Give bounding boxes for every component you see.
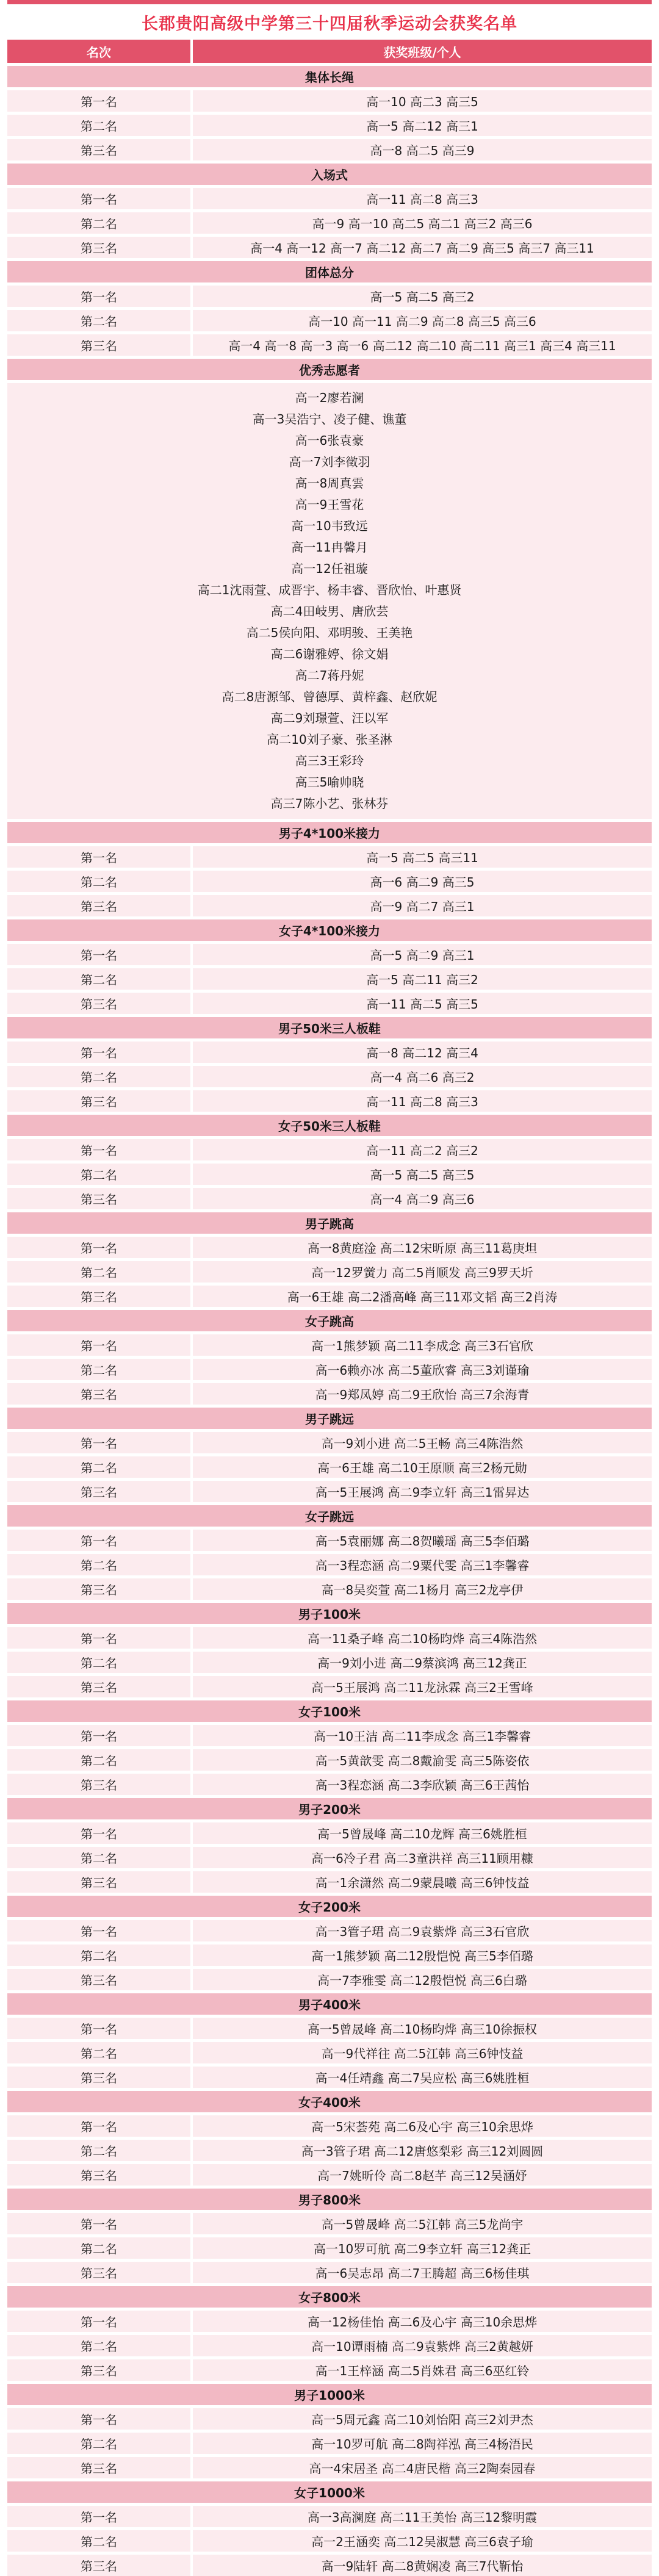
table-row: 第一名高一5曾晟峰 高二10杨昀烨 高三10徐振权 [7, 2018, 652, 2039]
rank-cell: 第一名 [7, 188, 190, 209]
rank-cell: 第三名 [7, 1676, 190, 1697]
value-cell: 高一10谭雨楠 高二9袁紫烨 高三2黄越妍 [193, 2335, 652, 2356]
value-cell: 高一4 高二6 高三2 [193, 1066, 652, 1087]
table-row: 第三名高一7姚昕伶 高二8赵芊 高三12吴涵妤 [7, 2164, 652, 2186]
table-row: 第二名高一10罗可航 高二8陶祥泓 高三4杨浯民 [7, 2433, 652, 2454]
table-row: 第一名高一9刘小进 高二5王畅 高三4陈浩然 [7, 1432, 652, 1453]
value-cell: 高一10 高一11 高二9 高二8 高三5 高三6 [193, 310, 652, 331]
volunteer-line: 高二7蒋丹妮 [7, 665, 652, 686]
table-row: 第二名高一10谭雨楠 高二9袁紫烨 高三2黄越妍 [7, 2335, 652, 2356]
rank-cell: 第一名 [7, 2506, 190, 2527]
table-row: 第二名高一9刘小进 高二9蔡滨鸿 高三12龚正 [7, 1652, 652, 1673]
value-cell: 高一12罗黉力 高二5肖顺发 高三9罗天圻 [193, 1261, 652, 1283]
volunteer-line: 高二4田岐男、唐欣芸 [7, 601, 652, 622]
table-row: 第一名高一5 高二9 高三1 [7, 944, 652, 965]
rank-cell: 第三名 [7, 2457, 190, 2478]
rank-cell: 第三名 [7, 993, 190, 1014]
value-cell: 高一5 高二5 高三2 [193, 286, 652, 307]
value-cell: 高一5 高二9 高三1 [193, 944, 652, 965]
value-cell: 高一9代祥往 高二5江韩 高三6钟忮益 [193, 2042, 652, 2063]
table-row: 第二名高一5黄歆雯 高二8戴渝雯 高三5陈姿依 [7, 1749, 652, 1771]
rank-cell: 第三名 [7, 1774, 190, 1795]
value-cell: 高一5曾晟峰 高二10杨昀烨 高三10徐振权 [193, 2018, 652, 2039]
table-row: 第一名高一5周元鑫 高二10刘怡阳 高三2刘尹杰 [7, 2408, 652, 2430]
section-header: 优秀志愿者 [7, 359, 652, 380]
value-cell: 高一10 高二3 高三5 [193, 90, 652, 112]
table-row: 第三名高一6王雄 高二2潘高峰 高三11邓文韬 高三2肖涛 [7, 1286, 652, 1307]
value-cell: 高一4 高二9 高三6 [193, 1188, 652, 1209]
table-row: 第三名高一11 高二5 高三5 [7, 993, 652, 1014]
value-cell: 高一10罗可航 高二9李立轩 高三12龚正 [193, 2237, 652, 2259]
table-row: 第一名高一12杨佳怡 高二6及心宇 高三10余思烨 [7, 2311, 652, 2332]
value-cell: 高一5王展鸿 高二9李立轩 高三1雷昇达 [193, 1481, 652, 1502]
volunteer-line: 高三3王彩玲 [7, 750, 652, 772]
table-row: 第二名高一1熊梦颖 高二12殷恺悦 高三5李佰璐 [7, 1945, 652, 1966]
table-row: 第二名高一9 高一10 高二5 高二1 高三2 高三6 [7, 212, 652, 234]
table-row: 第二名高一5 高二11 高三2 [7, 968, 652, 990]
value-cell: 高一6 高二9 高三5 [193, 871, 652, 892]
rank-cell: 第三名 [7, 2067, 190, 2088]
section-header: 男子4*100米接力 [7, 822, 652, 843]
section-header: 女子200米 [7, 1896, 652, 1917]
section-header: 男子400米 [7, 1993, 652, 2015]
value-cell: 高一1王梓涵 高二5肖姝君 高三6巫红铃 [193, 2359, 652, 2381]
table-header-row: 名次 获奖班级/个人 [7, 40, 652, 63]
rank-cell: 第二名 [7, 2140, 190, 2161]
rank-cell: 第二名 [7, 1456, 190, 1478]
rank-cell: 第三名 [7, 2164, 190, 2186]
value-cell: 高一11 高二8 高三3 [193, 1090, 652, 1112]
table-row: 第一名高一11桑子峰 高二10杨昀烨 高三4陈浩然 [7, 1627, 652, 1649]
rank-cell: 第一名 [7, 2213, 190, 2234]
header-winners-label: 获奖班级/个人 [193, 40, 652, 63]
volunteer-line: 高二10刘子豪、张圣淋 [7, 729, 652, 750]
rank-cell: 第三名 [7, 139, 190, 160]
value-cell: 高一11 高二8 高三3 [193, 188, 652, 209]
rank-cell: 第一名 [7, 1139, 190, 1160]
section-header: 女子100米 [7, 1700, 652, 1722]
table-row: 第一名高一3管子珺 高二9袁紫烨 高三3石官欣 [7, 1920, 652, 1941]
volunteer-line: 高一6张袁豪 [7, 430, 652, 452]
rank-cell: 第一名 [7, 90, 190, 112]
table-row: 第三名高一9 高二7 高三1 [7, 895, 652, 916]
table-row: 第一名高一5曾晟峰 高二5江韩 高三5龙尚宇 [7, 2213, 652, 2234]
value-cell: 高一5 高二5 高三11 [193, 846, 652, 868]
section-header: 女子跳高 [7, 1310, 652, 1331]
value-cell: 高一11 高二2 高三2 [193, 1139, 652, 1160]
table-row: 第一名高一8 高二12 高三4 [7, 1042, 652, 1063]
rank-cell: 第三名 [7, 1969, 190, 1990]
rank-cell: 第二名 [7, 1261, 190, 1283]
rank-cell: 第一名 [7, 1920, 190, 1941]
table-row: 第一名高一8黄庭淦 高二12宋昕原 高三11葛庚坦 [7, 1237, 652, 1258]
rank-cell: 第一名 [7, 1725, 190, 1746]
volunteer-line: 高三5喻帅晓 [7, 772, 652, 793]
table-row: 第三名高一4 高一12 高一7 高二12 高二7 高二9 高三5 高三7 高三1… [7, 237, 652, 258]
table-row: 第三名高一9郑凤婷 高二9王欣怡 高三7余海青 [7, 1383, 652, 1405]
value-cell: 高一5周元鑫 高二10刘怡阳 高三2刘尹杰 [193, 2408, 652, 2430]
value-cell: 高一4宋居圣 高二4唐民楷 高三2陶秦园春 [193, 2457, 652, 2478]
rank-cell: 第二名 [7, 1554, 190, 1575]
table-row: 第三名高一9陆轩 高二8黄娴凌 高三7代靳怡 [7, 2555, 652, 2576]
rank-cell: 第二名 [7, 115, 190, 136]
rank-cell: 第二名 [7, 871, 190, 892]
rank-cell: 第三名 [7, 1578, 190, 1600]
value-cell: 高一6吴志昂 高二7王腾超 高三6杨佳琪 [193, 2262, 652, 2283]
table-row: 第二名高一5 高二12 高三1 [7, 115, 652, 136]
value-cell: 高一9 高一10 高二5 高二1 高三2 高三6 [193, 212, 652, 234]
table-row: 第一名高一5 高二5 高三11 [7, 846, 652, 868]
table-row: 第二名高一5 高二5 高三5 [7, 1164, 652, 1185]
table-row: 第二名高一6 高二9 高三5 [7, 871, 652, 892]
rank-cell: 第一名 [7, 1237, 190, 1258]
value-cell: 高一5 高二5 高三5 [193, 1164, 652, 1185]
value-cell: 高一9陆轩 高二8黄娴凌 高三7代靳怡 [193, 2555, 652, 2576]
value-cell: 高一3管子珺 高二12唐悠梨彩 高三12刘圆圆 [193, 2140, 652, 2161]
table-row: 第二名高一6王雄 高二10王原顺 高三2杨元勋 [7, 1456, 652, 1478]
award-list-page: 长郡贵阳高级中学第三十四届秋季运动会获奖名单 名次 获奖班级/个人 集体长绳第一… [7, 0, 652, 2576]
rank-cell: 第一名 [7, 1627, 190, 1649]
rank-cell: 第三名 [7, 2262, 190, 2283]
value-cell: 高一11 高二5 高三5 [193, 993, 652, 1014]
rank-cell: 第一名 [7, 944, 190, 965]
volunteer-line: 高一3吴浩宁、凌子健、谯董 [7, 409, 652, 430]
volunteer-line: 高一9王雪花 [7, 494, 652, 516]
table-row: 第三名高一8 高二5 高三9 [7, 139, 652, 160]
volunteer-line: 高一12任祖璇 [7, 558, 652, 580]
value-cell: 高一4任靖鑫 高二7吴应松 高三6姚胜桓 [193, 2067, 652, 2088]
rank-cell: 第二名 [7, 212, 190, 234]
table-row: 第三名高一3程恋涵 高二3李欣颖 高三6王茜怡 [7, 1774, 652, 1795]
section-header: 入场式 [7, 164, 652, 185]
table-row: 第二名高一6赖亦冰 高二5董欣睿 高三3刘谨瑜 [7, 1359, 652, 1380]
rank-cell: 第三名 [7, 1383, 190, 1405]
table-row: 第二名高一9代祥往 高二5江韩 高三6钟忮益 [7, 2042, 652, 2063]
rank-cell: 第一名 [7, 2408, 190, 2430]
section-header: 女子50米三人板鞋 [7, 1115, 652, 1136]
value-cell: 高一10罗可航 高二8陶祥泓 高三4杨浯民 [193, 2433, 652, 2454]
rank-cell: 第一名 [7, 2311, 190, 2332]
value-cell: 高一11桑子峰 高二10杨昀烨 高三4陈浩然 [193, 1627, 652, 1649]
page-title: 长郡贵阳高级中学第三十四届秋季运动会获奖名单 [142, 10, 517, 34]
table-row: 第一名高一10王洁 高二11李成念 高三1李馨睿 [7, 1725, 652, 1746]
value-cell: 高一6王雄 高二2潘高峰 高三11邓文韬 高三2肖涛 [193, 1286, 652, 1307]
value-cell: 高一2王涵奕 高二12吴淑慧 高三6袁子瑜 [193, 2530, 652, 2552]
section-header: 女子400米 [7, 2091, 652, 2112]
volunteer-line: 高一11冉馨月 [7, 537, 652, 558]
rank-cell: 第二名 [7, 1164, 190, 1185]
table-row: 第一名高一1熊梦颖 高二11李成念 高三3石官欣 [7, 1334, 652, 1356]
table-row: 第二名高一12罗黉力 高二5肖顺发 高三9罗天圻 [7, 1261, 652, 1283]
table-row: 第三名高一4宋居圣 高二4唐民楷 高三2陶秦园春 [7, 2457, 652, 2478]
rank-cell: 第二名 [7, 2237, 190, 2259]
table-row: 第二名高一3程恋涵 高二9粟代雯 高三1李馨睿 [7, 1554, 652, 1575]
value-cell: 高一3程恋涵 高二9粟代雯 高三1李馨睿 [193, 1554, 652, 1575]
value-cell: 高一7李雅雯 高二12殷恺悦 高三6白璐 [193, 1969, 652, 1990]
rank-cell: 第二名 [7, 1847, 190, 1868]
rank-cell: 第一名 [7, 1822, 190, 1844]
table-row: 第三名高一5王展鸿 高二9李立轩 高三1雷昇达 [7, 1481, 652, 1502]
rank-cell: 第三名 [7, 1871, 190, 1893]
table-row: 第三名高一5王展鸿 高二11龙泳霖 高三2王雪峰 [7, 1676, 652, 1697]
rank-cell: 第二名 [7, 1652, 190, 1673]
section-header: 女子800米 [7, 2286, 652, 2308]
value-cell: 高一9 高二7 高三1 [193, 895, 652, 916]
rank-cell: 第三名 [7, 237, 190, 258]
value-cell: 高一12杨佳怡 高二6及心宇 高三10余思烨 [193, 2311, 652, 2332]
section-header: 团体总分 [7, 261, 652, 282]
rank-cell: 第二名 [7, 1945, 190, 1966]
table-row: 第二名高一4 高二6 高三2 [7, 1066, 652, 1087]
rank-cell: 第二名 [7, 2433, 190, 2454]
section-header: 女子1000米 [7, 2481, 652, 2503]
table-row: 第三名高一1余潇然 高二9蒙晨曦 高三6钟忮益 [7, 1871, 652, 1893]
rank-cell: 第一名 [7, 2115, 190, 2137]
value-cell: 高一8吴奕萱 高二1杨月 高三2龙亭伊 [193, 1578, 652, 1600]
value-cell: 高一1余潇然 高二9蒙晨曦 高三6钟忮益 [193, 1871, 652, 1893]
rank-cell: 第二名 [7, 2530, 190, 2552]
value-cell: 高一5袁丽娜 高二8贺曦瑶 高三5李佰璐 [193, 1530, 652, 1551]
table-row: 第三名高一4 高二9 高三6 [7, 1188, 652, 1209]
volunteer-line: 高二9刘璟萱、汪以军 [7, 708, 652, 729]
section-header: 男子100米 [7, 1603, 652, 1624]
table-row: 第三名高一4任靖鑫 高二7吴应松 高三6姚胜桓 [7, 2067, 652, 2088]
rank-cell: 第二名 [7, 1749, 190, 1771]
value-cell: 高一1熊梦颖 高二12殷恺悦 高三5李佰璐 [193, 1945, 652, 1966]
table-row: 第二名高一10罗可航 高二9李立轩 高三12龚正 [7, 2237, 652, 2259]
value-cell: 高一5黄歆雯 高二8戴渝雯 高三5陈姿依 [193, 1749, 652, 1771]
value-cell: 高一8黄庭淦 高二12宋昕原 高三11葛庚坦 [193, 1237, 652, 1258]
volunteer-line: 高一7刘李徵羽 [7, 452, 652, 473]
section-header: 男子跳高 [7, 1212, 652, 1234]
value-cell: 高一4 高一8 高一3 高一6 高二12 高二10 高二11 高三1 高三4 高… [193, 334, 652, 356]
rank-cell: 第二名 [7, 1066, 190, 1087]
value-cell: 高一7姚昕伶 高二8赵芊 高三12吴涵妤 [193, 2164, 652, 2186]
volunteer-line: 高二1沈雨萱、成晋宇、杨丰睿、晋欣怡、叶惠贤 [7, 580, 652, 601]
section-header: 男子跳远 [7, 1408, 652, 1429]
volunteer-line: 高二5侯向阳、邓明骏、王美艳 [7, 622, 652, 644]
table-row: 第二名高一10 高一11 高二9 高二8 高三5 高三6 [7, 310, 652, 331]
rank-cell: 第三名 [7, 334, 190, 356]
value-cell: 高一5曾晟峰 高二5江韩 高三5龙尚宇 [193, 2213, 652, 2234]
value-cell: 高一9刘小进 高二9蔡滨鸿 高三12龚正 [193, 1652, 652, 1673]
rank-cell: 第二名 [7, 968, 190, 990]
table-row: 第三名高一4 高一8 高一3 高一6 高二12 高二10 高二11 高三1 高三… [7, 334, 652, 356]
table-row: 第一名高一5宋荟苑 高二6及心宇 高三10余思烨 [7, 2115, 652, 2137]
value-cell: 高一5曾晟峰 高二10龙辉 高三6姚胜桓 [193, 1822, 652, 1844]
value-cell: 高一3高澜庭 高二11王美怡 高三12黎明霞 [193, 2506, 652, 2527]
top-accent-strip [7, 0, 652, 4]
value-cell: 高一10王洁 高二11李成念 高三1李馨睿 [193, 1725, 652, 1746]
volunteer-line: 高一2廖若澜 [7, 387, 652, 409]
volunteer-line: 高一8周真雲 [7, 473, 652, 494]
value-cell: 高一8 高二5 高三9 [193, 139, 652, 160]
value-cell: 高一5 高二11 高三2 [193, 968, 652, 990]
volunteer-line: 高三7陈小艺、张林芬 [7, 793, 652, 815]
rank-cell: 第二名 [7, 2335, 190, 2356]
section-header: 集体长绳 [7, 66, 652, 87]
table-row: 第三名高一8吴奕萱 高二1杨月 高三2龙亭伊 [7, 1578, 652, 1600]
rank-cell: 第二名 [7, 310, 190, 331]
value-cell: 高一4 高一12 高一7 高二12 高二7 高二9 高三5 高三7 高三11 [193, 237, 652, 258]
value-cell: 高一8 高二12 高三4 [193, 1042, 652, 1063]
section-header: 男子1000米 [7, 2384, 652, 2405]
value-cell: 高一5王展鸿 高二11龙泳霖 高三2王雪峰 [193, 1676, 652, 1697]
rank-cell: 第一名 [7, 846, 190, 868]
rank-cell: 第三名 [7, 1286, 190, 1307]
volunteer-line: 高一10韦致远 [7, 516, 652, 537]
table-row: 第三名高一11 高二8 高三3 [7, 1090, 652, 1112]
rank-cell: 第二名 [7, 2042, 190, 2063]
rank-cell: 第一名 [7, 2018, 190, 2039]
table-row: 第一名高一5袁丽娜 高二8贺曦瑶 高三5李佰璐 [7, 1530, 652, 1551]
table-row: 第一名高一11 高二8 高三3 [7, 188, 652, 209]
table-row: 第三名高一6吴志昂 高二7王腾超 高三6杨佳琪 [7, 2262, 652, 2283]
table-row: 第二名高一2王涵奕 高二12吴淑慧 高三6袁子瑜 [7, 2530, 652, 2552]
value-cell: 高一3管子珺 高二9袁紫烨 高三3石官欣 [193, 1920, 652, 1941]
section-header: 女子4*100米接力 [7, 919, 652, 941]
rank-cell: 第一名 [7, 1530, 190, 1551]
table-row: 第二名高一3管子珺 高二12唐悠梨彩 高三12刘圆圆 [7, 2140, 652, 2161]
rank-cell: 第一名 [7, 286, 190, 307]
table-row: 第一名高一3高澜庭 高二11王美怡 高三12黎明霞 [7, 2506, 652, 2527]
sections-container: 集体长绳第一名高一10 高二3 高三5第二名高一5 高二12 高三1第三名高一8… [7, 66, 652, 2576]
section-header: 女子跳远 [7, 1505, 652, 1527]
value-cell: 高一3程恋涵 高二3李欣颖 高三6王茜怡 [193, 1774, 652, 1795]
table-row: 第一名高一10 高二3 高三5 [7, 90, 652, 112]
section-header: 男子50米三人板鞋 [7, 1017, 652, 1038]
value-cell: 高一9郑凤婷 高二9王欣怡 高三7余海青 [193, 1383, 652, 1405]
value-cell: 高一6王雄 高二10王原顺 高三2杨元勋 [193, 1456, 652, 1478]
header-rank-label: 名次 [7, 40, 193, 63]
value-cell: 高一5 高二12 高三1 [193, 115, 652, 136]
table-row: 第三名高一7李雅雯 高二12殷恺悦 高三6白璐 [7, 1969, 652, 1990]
rank-cell: 第二名 [7, 1359, 190, 1380]
rank-cell: 第一名 [7, 1042, 190, 1063]
rank-cell: 第三名 [7, 2555, 190, 2576]
rank-cell: 第三名 [7, 1090, 190, 1112]
value-cell: 高一1熊梦颖 高二11李成念 高三3石官欣 [193, 1334, 652, 1356]
volunteer-list: 高一2廖若澜高一3吴浩宁、凌子健、谯董高一6张袁豪高一7刘李徵羽高一8周真雲高一… [7, 383, 652, 819]
rank-cell: 第三名 [7, 1188, 190, 1209]
value-cell: 高一9刘小进 高二5王畅 高三4陈浩然 [193, 1432, 652, 1453]
table-row: 第一名高一5曾晟峰 高二10龙辉 高三6姚胜桓 [7, 1822, 652, 1844]
rank-cell: 第一名 [7, 1432, 190, 1453]
value-cell: 高一6冷子君 高二3童洪祥 高三11顾用糠 [193, 1847, 652, 1868]
table-row: 第一名高一11 高二2 高三2 [7, 1139, 652, 1160]
value-cell: 高一6赖亦冰 高二5董欣睿 高三3刘谨瑜 [193, 1359, 652, 1380]
rank-cell: 第一名 [7, 1334, 190, 1356]
value-cell: 高一5宋荟苑 高二6及心宇 高三10余思烨 [193, 2115, 652, 2137]
volunteer-line: 高二6谢雅婷、徐文娟 [7, 644, 652, 665]
rank-cell: 第三名 [7, 2359, 190, 2381]
section-header: 男子200米 [7, 1798, 652, 1819]
section-header: 男子800米 [7, 2189, 652, 2210]
table-row: 第二名高一6冷子君 高二3童洪祥 高三11顾用糠 [7, 1847, 652, 1868]
rank-cell: 第三名 [7, 895, 190, 916]
title-band: 长郡贵阳高级中学第三十四届秋季运动会获奖名单 [7, 4, 652, 40]
rank-cell: 第三名 [7, 1481, 190, 1502]
table-row: 第一名高一5 高二5 高三2 [7, 286, 652, 307]
table-row: 第三名高一1王梓涵 高二5肖姝君 高三6巫红铃 [7, 2359, 652, 2381]
volunteer-line: 高二8唐源邹、曾德厚、黄梓鑫、赵欣妮 [7, 686, 652, 708]
